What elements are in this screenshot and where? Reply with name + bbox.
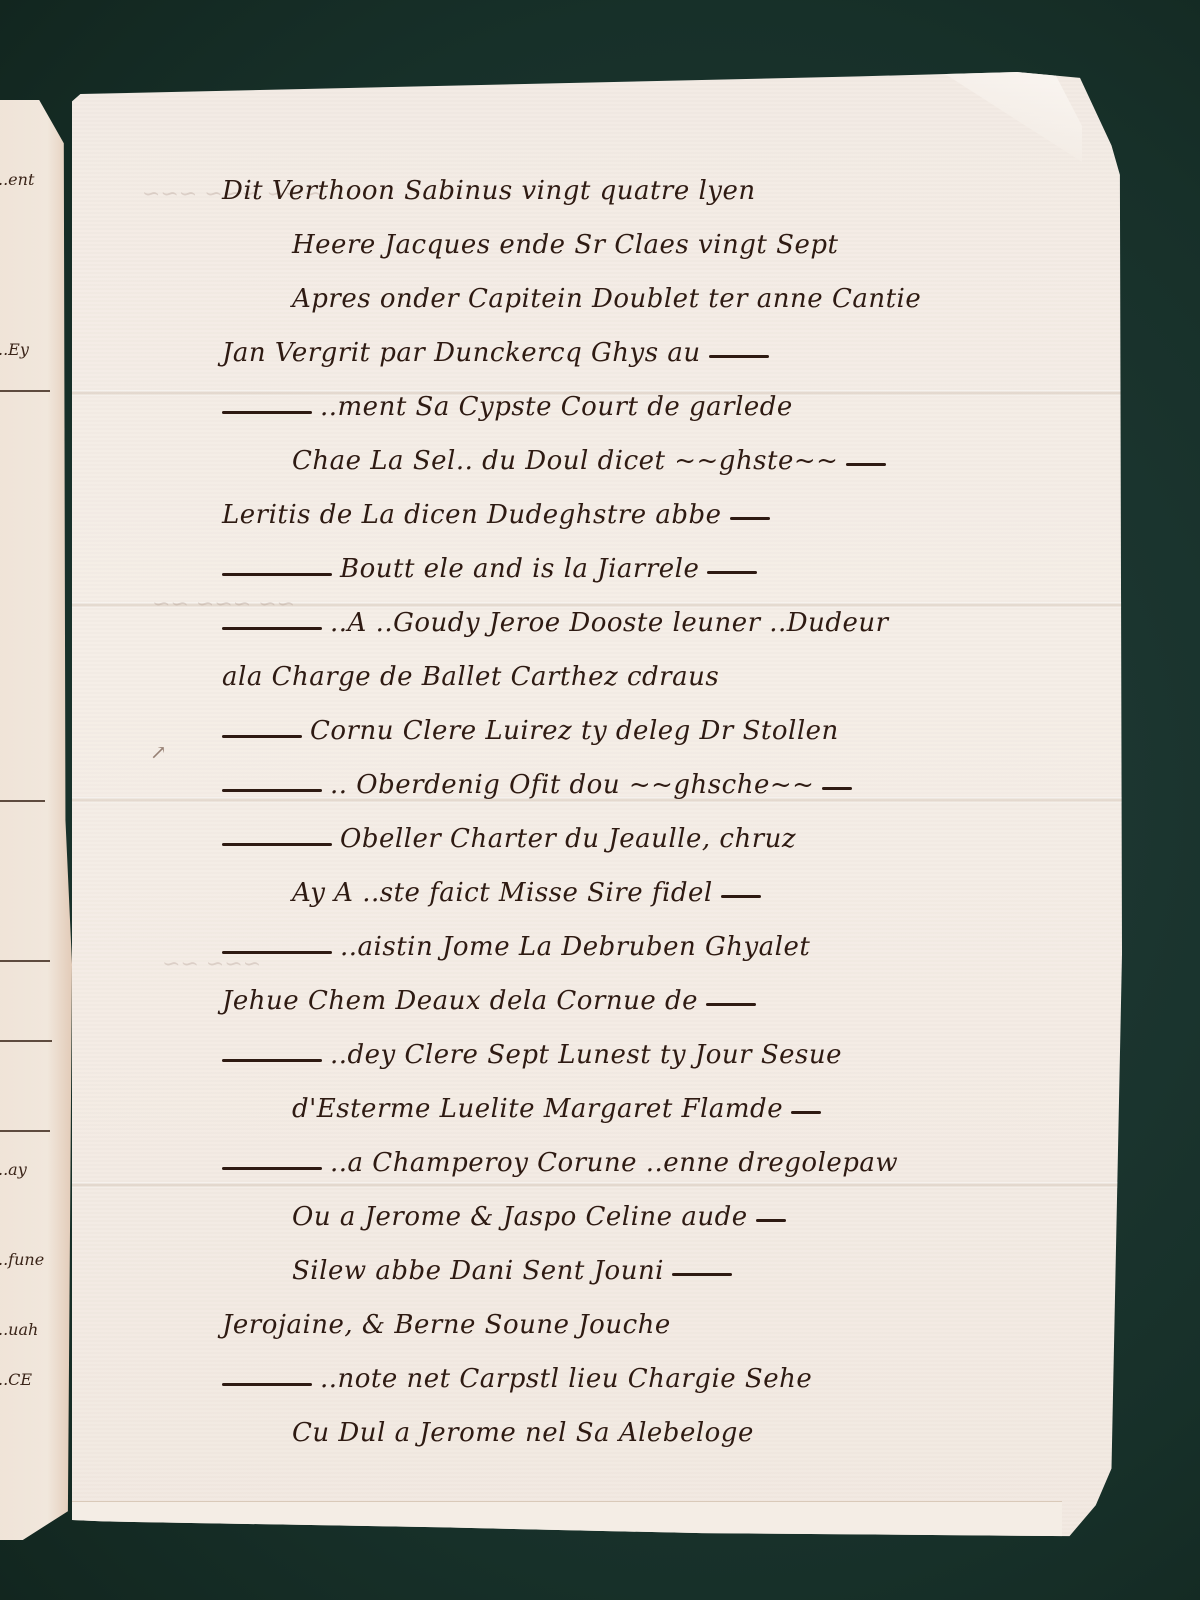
manuscript-line: Obeller Charter du Jeaulle, chruz — [222, 800, 1102, 854]
manuscript-line: Apres onder Capitein Doublet ter anne Ca… — [222, 260, 1102, 314]
adjacent-folio-text-fragment: ..uah — [0, 1320, 38, 1339]
manuscript-line: ..aistin Jome La Debruben Ghyalet — [222, 908, 1102, 962]
manuscript-line: Dit Verthoon Sabinus vingt quatre lyen — [222, 152, 1102, 206]
line-text: Boutt ele and is la Jiarrele — [340, 554, 699, 584]
line-filler-stroke — [756, 1219, 786, 1222]
line-text: ..ment Sa Cypste Court de garlede — [320, 392, 793, 422]
line-filler-stroke — [730, 517, 770, 520]
line-text: ..dey Clere Sept Lunest ty Jour Sesue — [330, 1040, 842, 1070]
line-filler-stroke — [222, 735, 302, 738]
line-filler-stroke — [672, 1273, 732, 1276]
line-text: Jerojaine, & Berne Soune Jouche — [222, 1310, 671, 1340]
line-text: Jehue Chem Deaux dela Cornue de — [222, 986, 698, 1016]
line-filler-stroke — [222, 843, 332, 846]
line-filler-stroke — [709, 355, 769, 358]
line-text: d'Esterme Luelite Margaret Flamde — [292, 1094, 783, 1124]
manuscript-line: ..ment Sa Cypste Court de garlede — [222, 368, 1102, 422]
line-filler-stroke — [222, 1383, 312, 1386]
line-text: Jan Vergrit par Dunckercq Ghys au — [222, 338, 701, 368]
line-text: Cornu Clere Luirez ty deleg Dr Stollen — [310, 716, 839, 746]
margin-arrow-icon: ↗ — [150, 740, 167, 764]
manuscript-line: .. Oberdenig Ofit dou ~~ghsche~~ — [222, 746, 1102, 800]
line-text: ..note net Carpstl lieu Chargie Sehe — [320, 1364, 812, 1394]
ink-rule — [0, 960, 50, 962]
manuscript-line: Heere Jacques ende Sr Claes vingt Sept — [222, 206, 1102, 260]
line-text: .. Oberdenig Ofit dou ~~ghsche~~ — [330, 770, 814, 800]
line-text: Apres onder Capitein Doublet ter anne Ca… — [292, 284, 921, 314]
line-text: Cu Dul a Jerome nel Sa Alebeloge — [292, 1418, 754, 1448]
adjacent-folio-text-fragment: ..CE — [0, 1370, 32, 1389]
manuscript-line: Cornu Clere Luirez ty deleg Dr Stollen — [222, 692, 1102, 746]
line-filler-stroke — [791, 1111, 821, 1114]
manuscript-line: Jerojaine, & Berne Soune Jouche — [222, 1286, 1102, 1340]
line-text: Chae La Sel.. du Doul dicet ~~ghste~~ — [292, 446, 838, 476]
manuscript-line: Silew abbe Dani Sent Jouni — [222, 1232, 1102, 1286]
manuscript-line: d'Esterme Luelite Margaret Flamde — [222, 1070, 1102, 1124]
ink-rule — [0, 390, 50, 392]
line-text: Ay A ..ste faict Misse Sire fidel — [292, 878, 713, 908]
line-filler-stroke — [706, 1003, 756, 1006]
line-filler-stroke — [846, 463, 886, 466]
ink-rule — [0, 1040, 52, 1042]
line-filler-stroke — [222, 573, 332, 576]
line-filler-stroke — [222, 411, 312, 414]
line-filler-stroke — [222, 789, 322, 792]
manuscript-line: Cu Dul a Jerome nel Sa Alebeloge — [222, 1394, 1102, 1448]
adjacent-folio: ..ent..Ey..ay..fune..uah..CE — [0, 100, 72, 1540]
line-text: ..aistin Jome La Debruben Ghyalet — [340, 932, 810, 962]
line-text: ala Charge de Ballet Carthez cdraus — [222, 662, 719, 692]
line-text: Leritis de La dicen Dudeghstre abbe — [222, 500, 722, 530]
manuscript-text-block: Dit Verthoon Sabinus vingt quatre lyenHe… — [222, 152, 1102, 1448]
manuscript-line: Jehue Chem Deaux dela Cornue de — [222, 962, 1102, 1016]
ink-rule — [0, 800, 45, 802]
manuscript-line: ..a Champeroy Corune ..enne dregolepaw — [222, 1124, 1102, 1178]
folded-corner — [942, 72, 1082, 162]
manuscript-line: Ou a Jerome & Jaspo Celine aude — [222, 1178, 1102, 1232]
adjacent-folio-text-fragment: ..Ey — [0, 340, 29, 359]
manuscript-line: ala Charge de Ballet Carthez cdraus — [222, 638, 1102, 692]
line-text: ..A ..Goudy Jeroe Dooste leuner ..Dudeur — [330, 608, 889, 638]
line-filler-stroke — [222, 951, 332, 954]
manuscript-line: ..dey Clere Sept Lunest ty Jour Sesue — [222, 1016, 1102, 1070]
manuscript-line: Jan Vergrit par Dunckercq Ghys au — [222, 314, 1102, 368]
manuscript-line: Leritis de La dicen Dudeghstre abbe — [222, 476, 1102, 530]
manuscript-line: Boutt ele and is la Jiarrele — [222, 530, 1102, 584]
line-text: Obeller Charter du Jeaulle, chruz — [340, 824, 796, 854]
manuscript-line: Chae La Sel.. du Doul dicet ~~ghste~~ — [222, 422, 1102, 476]
manuscript-line: ..note net Carpstl lieu Chargie Sehe — [222, 1340, 1102, 1394]
line-filler-stroke — [822, 787, 852, 790]
line-filler-stroke — [721, 895, 761, 898]
line-text: Heere Jacques ende Sr Claes vingt Sept — [292, 230, 838, 260]
line-filler-stroke — [222, 627, 322, 630]
line-filler-stroke — [222, 1059, 322, 1062]
adjacent-folio-text-fragment: ..fune — [0, 1250, 44, 1269]
line-text: Silew abbe Dani Sent Jouni — [292, 1256, 664, 1286]
line-text: Ou a Jerome & Jaspo Celine aude — [292, 1202, 748, 1232]
line-text: Dit Verthoon Sabinus vingt quatre lyen — [222, 176, 756, 206]
manuscript-line: ..A ..Goudy Jeroe Dooste leuner ..Dudeur — [222, 584, 1102, 638]
manuscript-folio: ~~~ ~~~ ~~~ ~~ ~~~ ~~ ~~~ ~~ Dit Verthoo… — [72, 72, 1122, 1542]
line-filler-stroke — [707, 571, 757, 574]
manuscript-line: Ay A ..ste faict Misse Sire fidel — [222, 854, 1102, 908]
line-filler-stroke — [222, 1167, 322, 1170]
line-text: ..a Champeroy Corune ..enne dregolepaw — [330, 1148, 898, 1178]
ink-rule — [0, 1130, 50, 1132]
adjacent-folio-text-fragment: ..ay — [0, 1160, 27, 1179]
adjacent-folio-text-fragment: ..ent — [0, 170, 34, 189]
